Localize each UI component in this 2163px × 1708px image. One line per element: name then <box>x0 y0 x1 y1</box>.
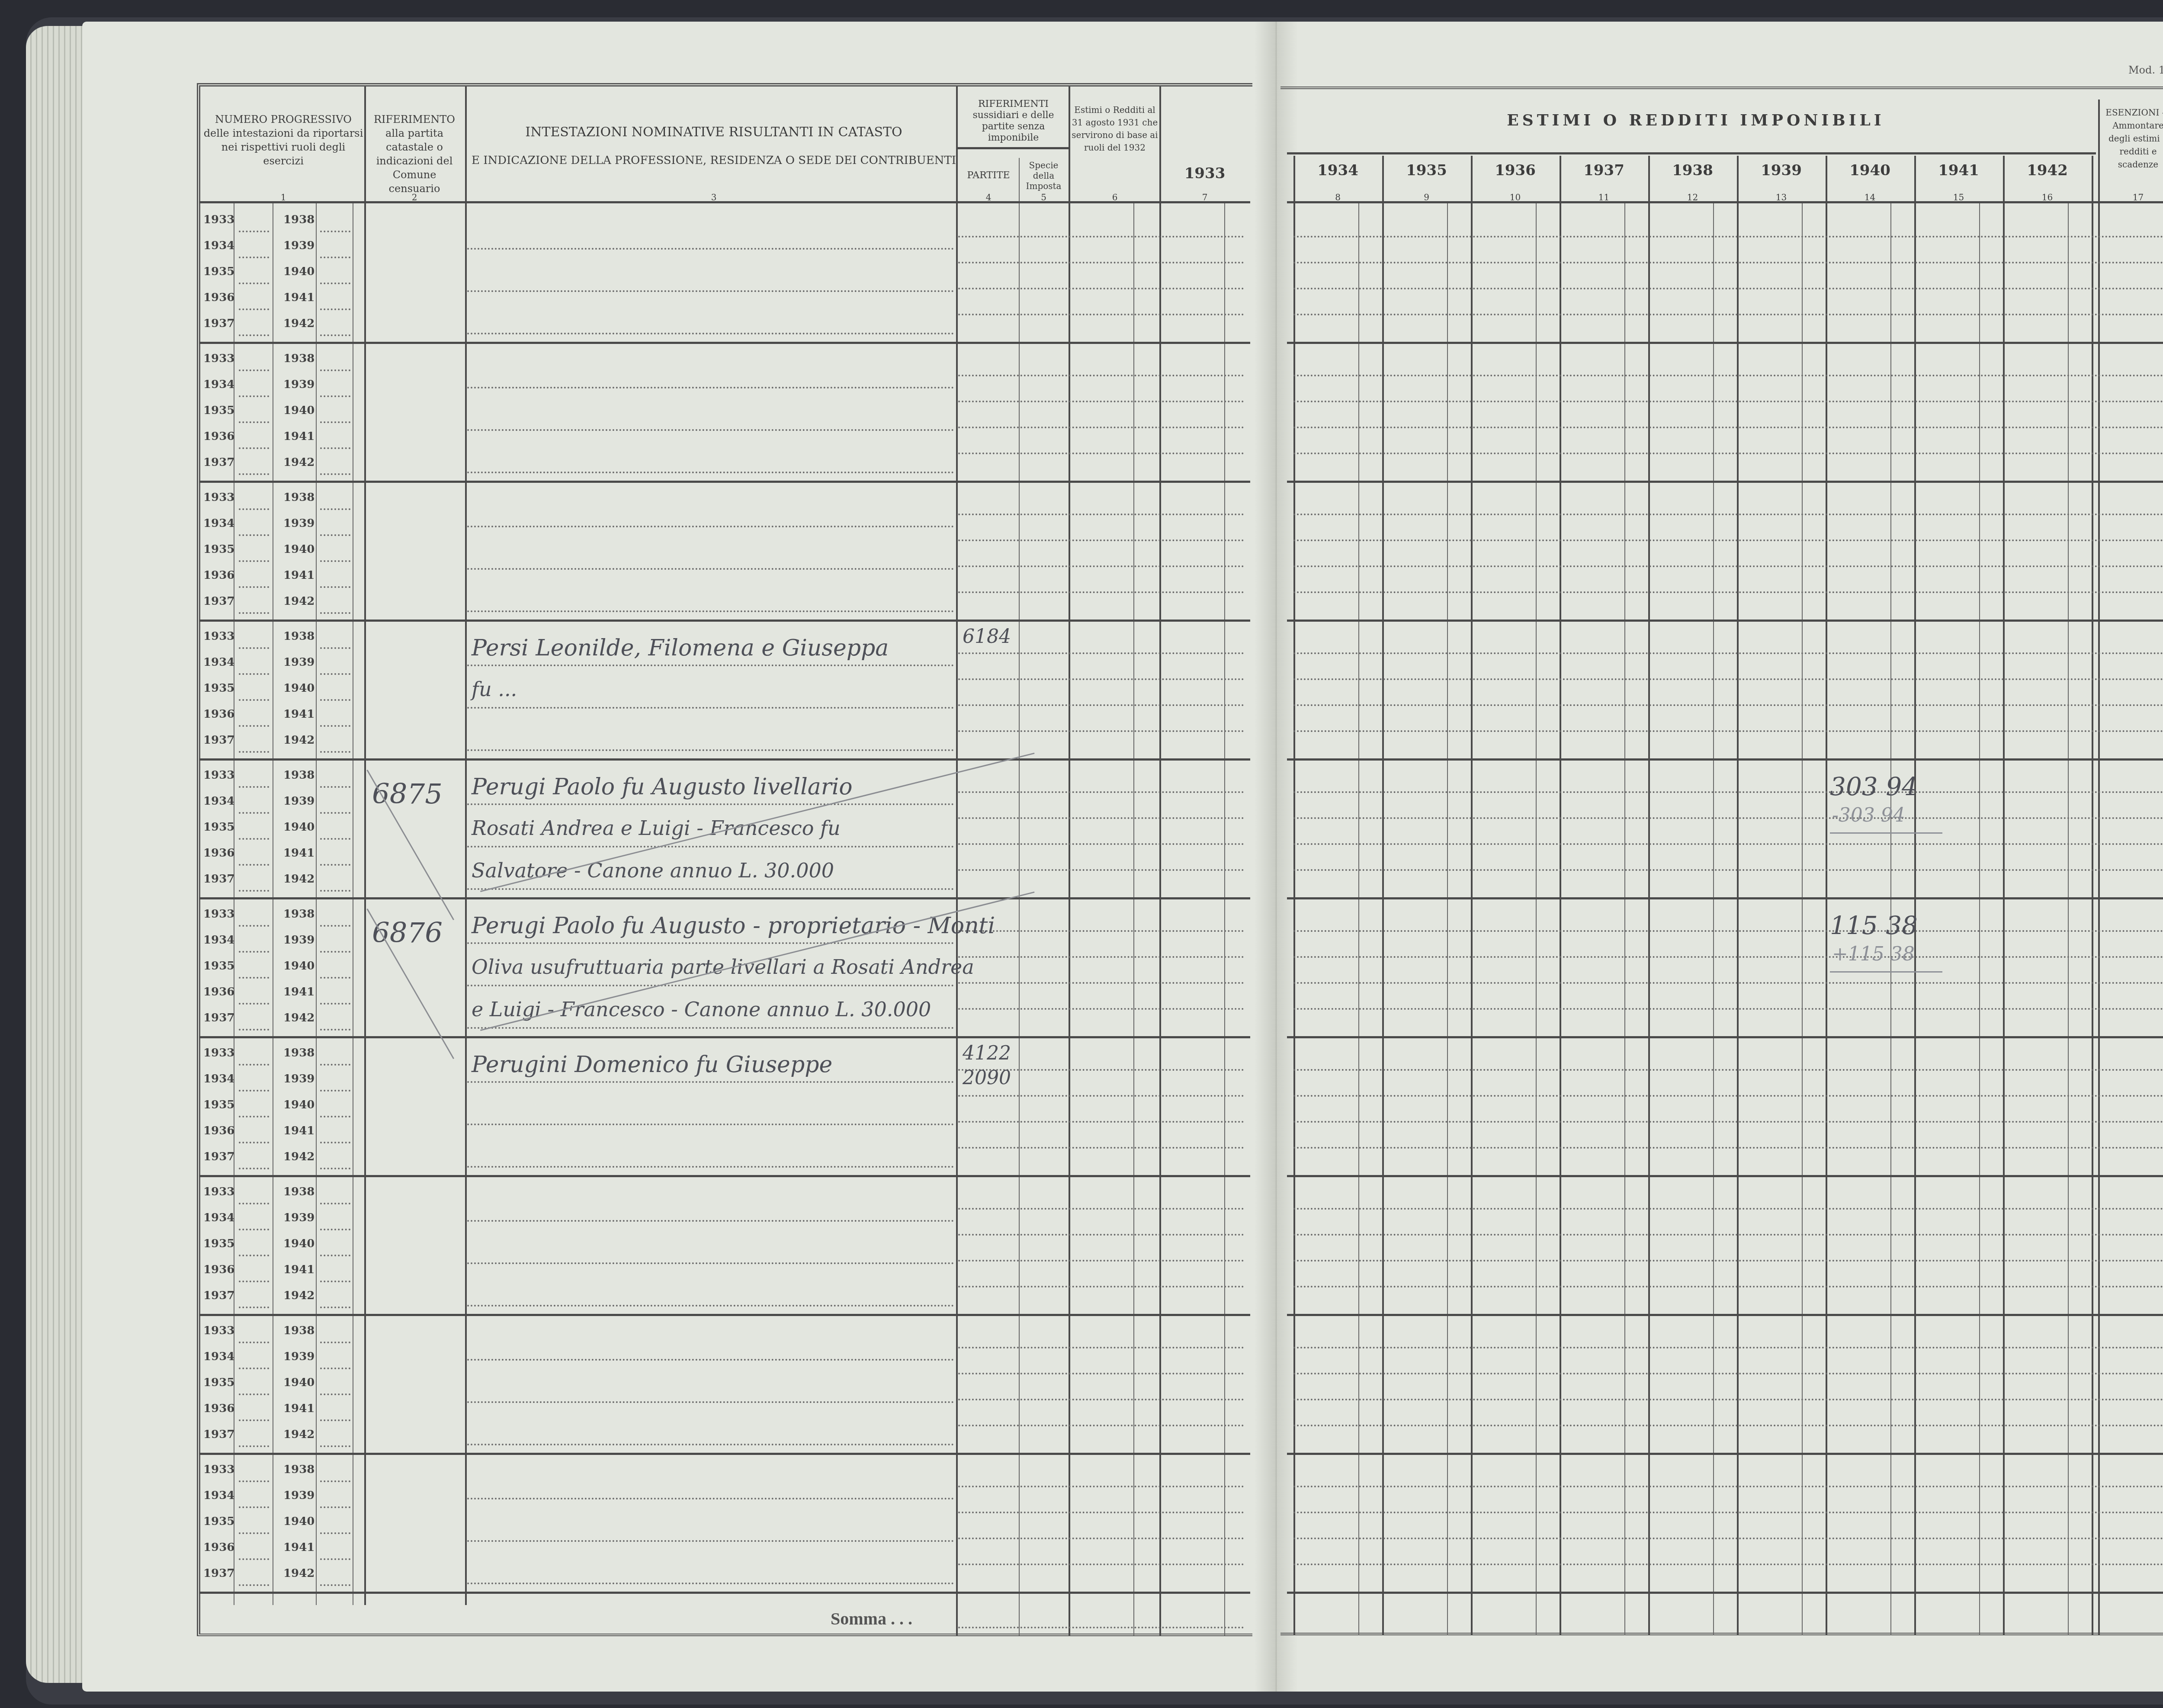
amount-line <box>1293 1512 2163 1513</box>
year-column-header: 1937 <box>1560 164 1648 177</box>
amount-line <box>958 1347 1244 1348</box>
year-entry-line <box>239 586 269 588</box>
year-column-header: 1942 <box>2003 164 2092 177</box>
year-entry-line <box>320 864 350 866</box>
col-divider <box>1293 156 1295 1635</box>
partite-value: 6184 <box>963 626 1011 648</box>
col-divider <box>316 203 317 1605</box>
entry-separator <box>199 342 1250 344</box>
amount-line <box>958 704 1244 706</box>
year-entry-line <box>320 673 350 675</box>
name-line <box>467 387 954 388</box>
year-entry-line <box>320 1342 350 1343</box>
col-divider <box>353 203 353 1605</box>
entry-separator <box>199 1175 1250 1177</box>
form-code-text: Mod. 111 - Imposte Dirette <box>2128 64 2163 76</box>
amount-line <box>1293 539 2163 541</box>
year-label: 1934 <box>203 1350 234 1363</box>
year-label: 1941 <box>283 1124 315 1137</box>
year-entry-line <box>320 1393 350 1395</box>
year-label: 1937 <box>203 595 234 608</box>
col-subdivider <box>1979 203 1980 1635</box>
col-divider <box>1737 156 1739 1635</box>
year-label: 1942 <box>283 734 315 747</box>
col7-header-year: 1933 <box>1162 167 1248 180</box>
col-divider <box>364 87 366 1605</box>
year-label: 1938 <box>283 213 315 226</box>
col-subdivider <box>1536 203 1537 1635</box>
year-label: 1942 <box>283 1567 315 1580</box>
year-label: 1933 <box>203 213 234 226</box>
year-entry-line <box>320 1090 350 1092</box>
amount-line <box>1293 314 2163 315</box>
year-label: 1938 <box>283 491 315 504</box>
entry-separator <box>1287 342 2163 344</box>
amount-line <box>958 514 1244 515</box>
year-entry-line <box>239 1393 269 1395</box>
intestazione-line-2: Rosati Andrea e Luigi - Francesco fu <box>472 816 841 840</box>
year-label: 1938 <box>283 1185 315 1198</box>
year-label: 1934 <box>203 1072 234 1085</box>
amount-line <box>958 401 1244 402</box>
year-label: 1941 <box>283 847 315 860</box>
year-label: 1934 <box>203 1489 234 1502</box>
year-entry-line <box>320 1368 350 1369</box>
year-entry-line <box>239 447 269 449</box>
amount-line <box>958 565 1244 567</box>
year-label: 1935 <box>203 960 234 973</box>
year-entry-line <box>320 1229 350 1230</box>
year-entry-line <box>239 1445 269 1447</box>
year-label: 1933 <box>203 630 234 643</box>
amount-line <box>1293 514 2163 515</box>
name-line <box>467 429 954 431</box>
year-label: 1941 <box>283 1541 315 1554</box>
year-entry-line <box>320 699 350 701</box>
amount-line <box>1293 375 2163 376</box>
year-entry-line <box>320 925 350 927</box>
col-subdivider <box>1713 203 1714 1635</box>
year-entry-line <box>239 673 269 675</box>
year-label: 1939 <box>283 1489 315 1502</box>
entry-separator <box>1287 620 2163 622</box>
name-line <box>467 846 954 848</box>
name-line <box>467 1583 954 1584</box>
name-line <box>467 248 954 250</box>
year-entry-line <box>320 647 350 649</box>
col17-header: ESENZIONI — Ammontare degli estimi o red… <box>2100 106 2163 171</box>
amount-line <box>958 678 1244 680</box>
entry-separator <box>1287 897 2163 899</box>
year-entry-line <box>239 1307 269 1308</box>
amount-line <box>958 869 1244 871</box>
year-entry-line <box>239 560 269 562</box>
name-line <box>467 1262 954 1264</box>
year-label: 1934 <box>203 934 234 947</box>
year-entry-line <box>239 1532 269 1534</box>
name-line <box>467 1444 954 1445</box>
entry-separator <box>1287 1314 2163 1316</box>
amount-line <box>958 453 1244 454</box>
estimo-1940-pencil: -303 94 <box>1832 804 1905 826</box>
col6-header: Estimi o Redditi al 31 agosto 1931 che s… <box>1069 104 1160 154</box>
amount-line <box>1293 982 2163 984</box>
year-entry-line <box>239 838 269 840</box>
year-column-header: 1939 <box>1737 164 1826 177</box>
entry-separator <box>199 1453 1250 1455</box>
year-label: 1942 <box>283 456 315 469</box>
col-subdivider <box>1802 203 1803 1635</box>
year-entry-line <box>239 534 269 536</box>
year-entry-line <box>320 1203 350 1204</box>
entry-separator <box>199 620 1250 622</box>
name-line <box>467 1124 954 1125</box>
name-line <box>467 985 954 986</box>
amount-line <box>958 1486 1244 1487</box>
year-label: 1938 <box>283 908 315 921</box>
name-line <box>467 1359 954 1361</box>
year-entry-line <box>239 725 269 727</box>
amount-line <box>958 730 1244 732</box>
amount-line <box>1293 591 2163 593</box>
amount-line <box>1293 678 2163 680</box>
col-divider <box>1914 156 1916 1635</box>
year-entry-line <box>320 751 350 753</box>
amount-line <box>958 1208 1244 1210</box>
year-entry-line <box>320 786 350 788</box>
year-entry-line <box>239 1342 269 1343</box>
amount-line <box>1293 652 2163 654</box>
year-label: 1935 <box>203 1515 234 1528</box>
col-divider <box>956 87 958 1635</box>
year-entry-line <box>320 1255 350 1256</box>
year-entry-line <box>320 257 350 258</box>
year-entry-line <box>320 1064 350 1066</box>
entry-separator <box>1287 1175 2163 1177</box>
amount-line <box>958 1234 1244 1236</box>
name-line <box>467 1081 954 1083</box>
year-label: 1941 <box>283 291 315 304</box>
amount-line <box>1293 401 2163 402</box>
year-entry-line <box>239 1419 269 1421</box>
year-label: 1935 <box>203 404 234 417</box>
year-entry-line <box>239 1480 269 1482</box>
amount-line <box>1293 1121 2163 1123</box>
col-divider <box>1069 87 1070 1635</box>
amount-line <box>958 591 1244 593</box>
intestazione-line-1: Perugini Domenico fu Giuseppe <box>472 1052 832 1078</box>
year-entry-line <box>239 1368 269 1369</box>
amount-line <box>958 1564 1244 1565</box>
amount-line <box>1293 262 2163 263</box>
year-entry-line <box>320 283 350 284</box>
name-line <box>467 1540 954 1542</box>
partite-value: 4122 <box>963 1042 1011 1064</box>
year-entry-line <box>320 1532 350 1534</box>
amount-line <box>958 1095 1244 1097</box>
year-entry-line <box>239 647 269 649</box>
amount-line <box>958 930 1244 932</box>
underline-stroke <box>1830 971 1942 973</box>
year-label: 1936 <box>203 1402 234 1415</box>
header-bottom-rule <box>199 201 1250 203</box>
entry-separator <box>199 897 1250 899</box>
col-subdivider <box>1358 203 1359 1635</box>
riferimento-value: 6876 <box>372 917 443 949</box>
name-line <box>467 888 954 890</box>
year-entry-line <box>239 951 269 953</box>
amount-line <box>958 982 1244 984</box>
amount-line <box>1293 427 2163 428</box>
year-label: 1935 <box>203 682 234 695</box>
year-entry-line <box>320 447 350 449</box>
year-entry-line <box>239 1584 269 1586</box>
year-entry-line <box>239 1168 269 1169</box>
col-subdivider <box>1624 203 1625 1635</box>
entry-separator <box>1287 1453 2163 1455</box>
year-entry-line <box>239 473 269 475</box>
year-label: 1942 <box>283 1289 315 1302</box>
year-label: 1937 <box>203 456 234 469</box>
year-label: 1939 <box>283 239 315 252</box>
amount-line <box>958 652 1244 654</box>
header-rule <box>956 147 1069 149</box>
estimo-1940-value: 115 38 <box>1830 911 1918 940</box>
name-line <box>467 1305 954 1307</box>
intestazione-line-3: e Luigi - Francesco - Canone annuo L. 30… <box>472 998 931 1021</box>
year-label: 1933 <box>203 1185 234 1198</box>
name-line <box>467 1220 954 1222</box>
name-line <box>467 568 954 570</box>
amount-line <box>958 1121 1244 1123</box>
year-label: 1940 <box>283 821 315 834</box>
col-divider <box>273 203 273 1605</box>
somma-line <box>958 1627 1244 1628</box>
amount-line <box>958 236 1244 238</box>
amount-line <box>1293 1399 2163 1400</box>
intestazione-line-3: Salvatore - Canone annuo L. 30.000 <box>472 859 834 882</box>
name-line <box>467 1401 954 1403</box>
amount-line <box>958 843 1244 845</box>
year-label: 1940 <box>283 682 315 695</box>
entry-separator <box>1287 481 2163 483</box>
year-entry-line <box>239 1116 269 1117</box>
year-entry-line <box>239 369 269 371</box>
col-divider <box>465 87 467 1605</box>
year-entry-line <box>320 1168 350 1169</box>
name-line <box>467 707 954 709</box>
col4-header: PARTITE <box>958 169 1019 183</box>
year-entry-line <box>239 751 269 753</box>
year-label: 1934 <box>203 656 234 669</box>
year-label: 1936 <box>203 569 234 582</box>
amount-line <box>958 1538 1244 1539</box>
name-line <box>467 942 954 944</box>
amount-line <box>1293 1373 2163 1374</box>
year-label: 1938 <box>283 769 315 782</box>
amount-line <box>1293 1147 2163 1149</box>
year-entry-line <box>320 334 350 336</box>
year-label: 1940 <box>283 543 315 556</box>
amount-line <box>1293 869 2163 871</box>
amount-line <box>958 1425 1244 1426</box>
year-entry-line <box>320 1307 350 1308</box>
amount-line <box>958 1260 1244 1262</box>
name-line <box>467 333 954 334</box>
year-label: 1936 <box>203 291 234 304</box>
year-entry-line <box>239 1090 269 1092</box>
estimo-1940-value: 303 94 <box>1830 772 1918 801</box>
year-column-header: 1938 <box>1648 164 1737 177</box>
year-label: 1941 <box>283 1263 315 1276</box>
year-label: 1939 <box>283 1072 315 1085</box>
year-entry-line <box>320 369 350 371</box>
year-label: 1934 <box>203 239 234 252</box>
year-label: 1938 <box>283 630 315 643</box>
year-label: 1935 <box>203 821 234 834</box>
col1-header: NUMERO PROGRESSIVO delle intestazioni da… <box>203 112 363 168</box>
year-entry-line <box>239 864 269 866</box>
year-entry-line <box>320 560 350 562</box>
year-label: 1940 <box>283 1098 315 1111</box>
header-rule <box>1287 152 2096 154</box>
amount-line <box>1293 1538 2163 1539</box>
year-label: 1937 <box>203 734 234 747</box>
year-label: 1933 <box>203 1463 234 1476</box>
year-label: 1942 <box>283 873 315 886</box>
year-label: 1933 <box>203 908 234 921</box>
year-entry-line <box>320 977 350 979</box>
year-entry-line <box>239 421 269 423</box>
year-label: 1940 <box>283 960 315 973</box>
col45-header: RIFERIMENTI sussidiari e delle partite s… <box>958 99 1069 144</box>
year-label: 1937 <box>203 1428 234 1441</box>
year-entry-line <box>239 612 269 614</box>
year-label: 1942 <box>283 1428 315 1441</box>
entry-separator <box>199 758 1250 761</box>
col-divider <box>1382 156 1384 1635</box>
year-label: 1937 <box>203 1011 234 1024</box>
amount-line <box>958 539 1244 541</box>
col-divider <box>1159 87 1161 1635</box>
name-line <box>467 665 954 666</box>
year-entry-line <box>239 786 269 788</box>
col-divider <box>1133 203 1134 1635</box>
year-label: 1933 <box>203 1324 234 1337</box>
year-label: 1935 <box>203 1098 234 1111</box>
somma-label: Somma . . . <box>831 1608 912 1629</box>
estimo-1940-pencil: +115 38 <box>1832 943 1915 965</box>
year-label: 1942 <box>283 595 315 608</box>
year-entry-line <box>239 1255 269 1256</box>
entry-separator <box>199 1592 1250 1594</box>
amount-line <box>1293 1208 2163 1210</box>
year-label: 1938 <box>283 352 315 365</box>
year-label: 1937 <box>203 1289 234 1302</box>
amount-line <box>958 791 1244 793</box>
amount-line <box>1293 453 2163 454</box>
year-label: 1934 <box>203 517 234 530</box>
partite-value-2: 2090 <box>963 1067 1011 1089</box>
amount-line <box>1293 730 2163 732</box>
year-entry-line <box>320 725 350 727</box>
year-entry-line <box>320 231 350 232</box>
year-label: 1935 <box>203 1237 234 1250</box>
name-line <box>467 610 954 612</box>
year-label: 1939 <box>283 378 315 391</box>
year-label: 1936 <box>203 1263 234 1276</box>
amount-line <box>1293 1069 2163 1071</box>
year-entry-line <box>320 838 350 840</box>
year-entry-line <box>239 257 269 258</box>
year-entry-line <box>239 1506 269 1508</box>
year-label: 1937 <box>203 1567 234 1580</box>
name-line <box>467 749 954 751</box>
amount-line <box>958 288 1244 289</box>
year-entry-line <box>320 612 350 614</box>
amount-line <box>1293 1286 2163 1287</box>
year-label: 1938 <box>283 1047 315 1059</box>
entry-separator <box>199 1036 1250 1038</box>
year-entry-line <box>320 951 350 953</box>
year-entry-line <box>239 1064 269 1066</box>
col-divider <box>2092 156 2093 1635</box>
year-label: 1938 <box>283 1324 315 1337</box>
year-label: 1934 <box>203 378 234 391</box>
amount-line <box>1293 1260 2163 1262</box>
year-label: 1936 <box>203 1541 234 1554</box>
year-entry-line <box>320 1029 350 1031</box>
intestazione-line-2: Oliva usufruttuaria parte livellari a Ro… <box>472 955 974 979</box>
amount-line <box>1293 565 2163 567</box>
col5-header: Specie della Imposta <box>1019 160 1069 191</box>
year-entry-line <box>239 231 269 232</box>
year-entry-line <box>320 1584 350 1586</box>
year-entry-line <box>320 812 350 814</box>
year-entry-line <box>320 1445 350 1447</box>
year-label: 1937 <box>203 317 234 330</box>
col-divider <box>1560 156 1561 1635</box>
year-label: 1935 <box>203 543 234 556</box>
amount-line <box>1293 236 2163 238</box>
amount-line <box>958 427 1244 428</box>
year-entry-line <box>239 1029 269 1031</box>
amount-line <box>958 1373 1244 1374</box>
col-subdivider <box>1447 203 1448 1635</box>
col-divider <box>1471 156 1473 1635</box>
year-entry-line <box>239 1229 269 1230</box>
year-label: 1941 <box>283 708 315 721</box>
col3-header-title: INTESTAZIONI NOMINATIVE RISULTANTI IN CA… <box>467 125 960 139</box>
year-entry-line <box>320 1480 350 1482</box>
year-label: 1935 <box>203 265 234 278</box>
col2-header: RIFERIMENTO alla partita catastale o ind… <box>367 112 462 196</box>
intestazione-line-1: Perugi Paolo fu Augusto livellario <box>472 774 853 800</box>
year-entry-line <box>239 1281 269 1282</box>
year-entry-line <box>239 890 269 892</box>
amount-line <box>1293 1008 2163 1010</box>
header-bottom-rule <box>1287 201 2163 203</box>
year-entry-line <box>239 1203 269 1204</box>
year-label: 1941 <box>283 430 315 443</box>
year-label: 1942 <box>283 1150 315 1163</box>
year-label: 1942 <box>283 317 315 330</box>
amount-line <box>958 375 1244 376</box>
year-label: 1936 <box>203 708 234 721</box>
amount-line <box>1293 817 2163 819</box>
year-entry-line <box>239 699 269 701</box>
underline-stroke <box>1830 832 1942 834</box>
